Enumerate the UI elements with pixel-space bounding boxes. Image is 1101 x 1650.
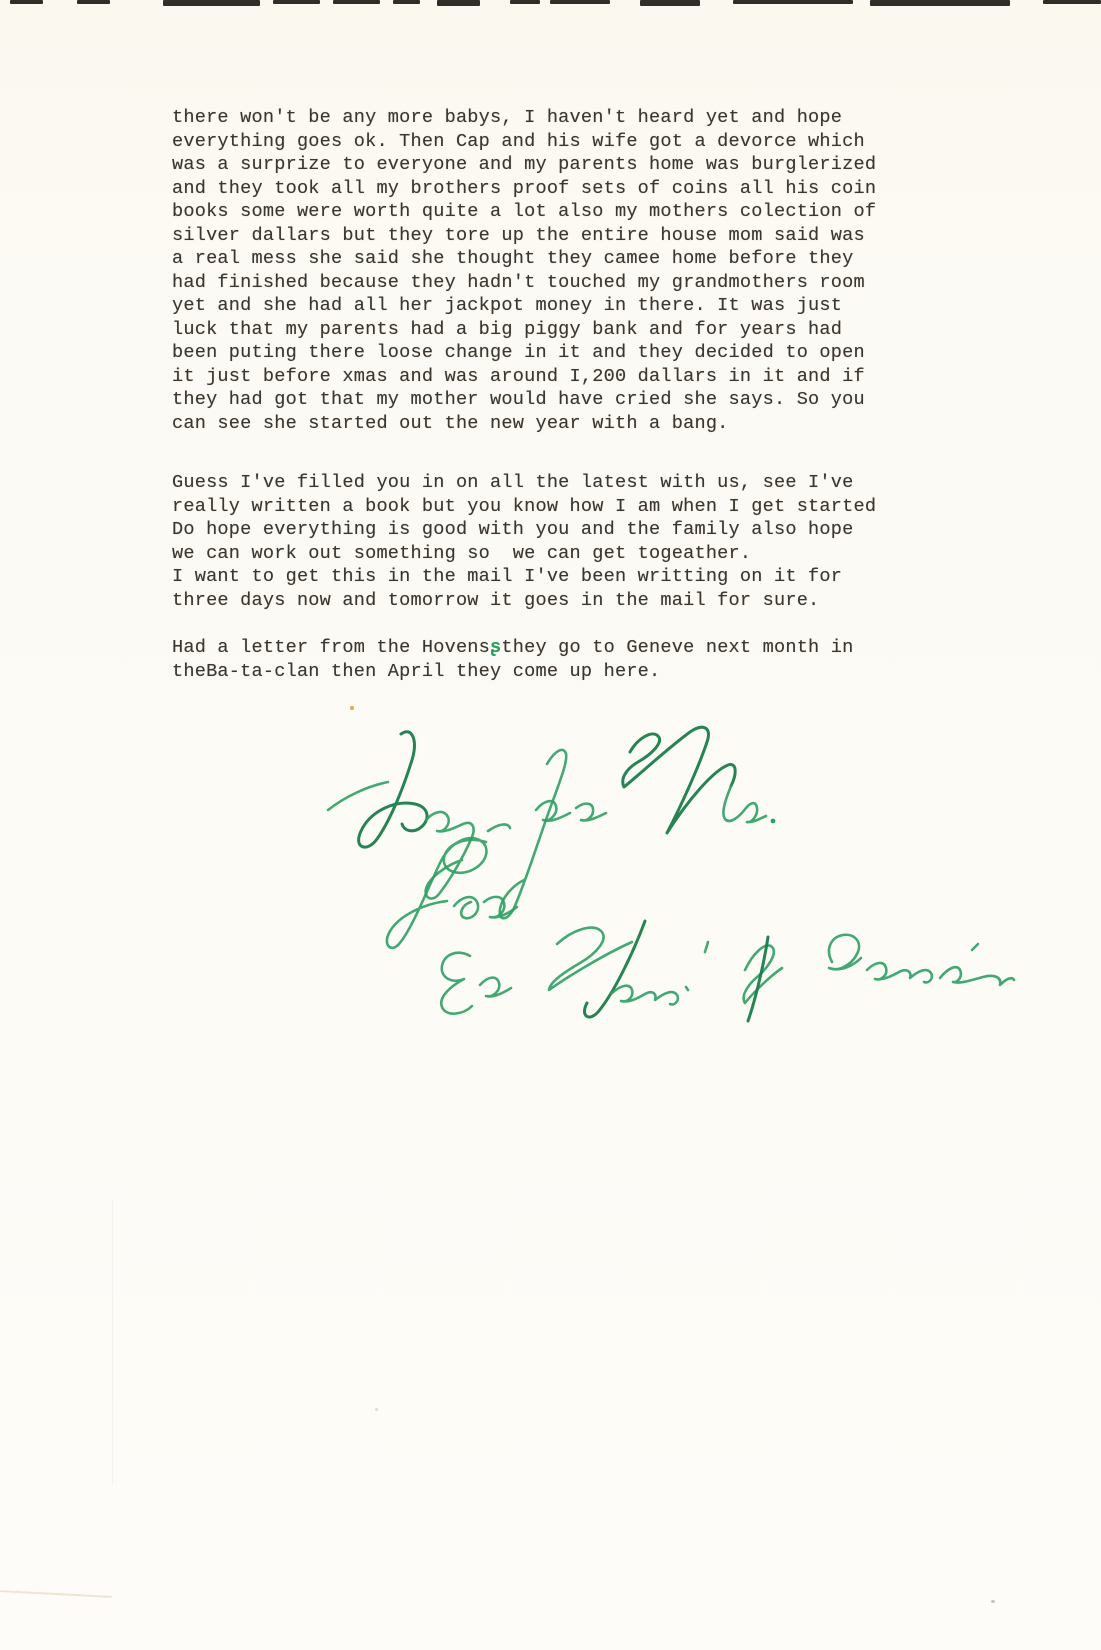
scan-speck [375,1408,378,1411]
typed-line: luck that my parents had a big piggy ban… [172,318,876,342]
scan-edge-segment [333,0,380,4]
scan-edge-segment [77,0,110,4]
paper-crease [0,1590,112,1598]
paragraph-1: there won't be any more babys, I haven't… [172,106,876,435]
typed-line: Had a letter from the Hovensʂthey go to … [172,636,876,660]
scan-edge-segment [1043,0,1101,4]
typed-line: had finished because they hadn't touched… [172,271,876,295]
typed-line: I want to get this in the mail I've been… [172,565,876,589]
typed-line: a real mess she said she thought they ca… [172,247,876,271]
typed-line: and they took all my brothers proof sets… [172,177,876,201]
typed-line: silver dallars but they tore up the enti… [172,224,876,248]
typed-line: really written a book but you know how I… [172,495,876,519]
scan-edge-segment [393,0,420,4]
typed-line: been puting there loose change in it and… [172,341,876,365]
typed-line: Guess I've filled you in on all the late… [172,471,876,495]
letter-body: there won't be any more babys, I haven't… [172,106,876,719]
scan-edge-segment [437,0,480,6]
typed-line: we can work out something so we can get … [172,542,876,566]
scan-edge-segment [640,0,700,6]
scan-edge-segment [510,0,540,4]
scan-edge-segment [550,0,610,4]
scan-edge-segment [733,0,853,4]
paragraph-2: Guess I've filled you in on all the late… [172,471,876,612]
scan-edge-segment [10,0,43,4]
green-ink-mark: ʂ [490,637,501,658]
scan-speck [350,706,354,710]
typed-line: they had got that my mother would have c… [172,388,876,412]
paper-fold-shadow [112,1200,113,1485]
scan-edge-segment [273,0,320,4]
paragraph-3: Had a letter from the Hovensʂthey go to … [172,636,876,683]
handwritten-signature [300,690,1060,1030]
typed-line-part: Had a letter from the Hovens [172,637,490,658]
typed-line: it just before xmas and was around I,200… [172,365,876,389]
scan-speck [991,1600,995,1603]
typed-line: everything goes ok. Then Cap and his wif… [172,130,876,154]
scan-edge-segment [870,0,1010,6]
typed-line-part: they go to Geneve next month in [501,637,853,658]
typed-line: was a surprize to everyone and my parent… [172,153,876,177]
typed-line: can see she started out the new year wit… [172,412,876,436]
typed-line: yet and she had all her jackpot money in… [172,294,876,318]
typed-line: there won't be any more babys, I haven't… [172,106,876,130]
typed-line: theBa-ta-clan then April they come up he… [172,660,876,684]
typed-line: books some were worth quite a lot also m… [172,200,876,224]
letter-page: there won't be any more babys, I haven't… [0,0,1101,1650]
scan-edge-segment [163,0,260,6]
typed-line: Do hope everything is good with you and … [172,518,876,542]
typed-line: three days now and tomorrow it goes in t… [172,589,876,613]
